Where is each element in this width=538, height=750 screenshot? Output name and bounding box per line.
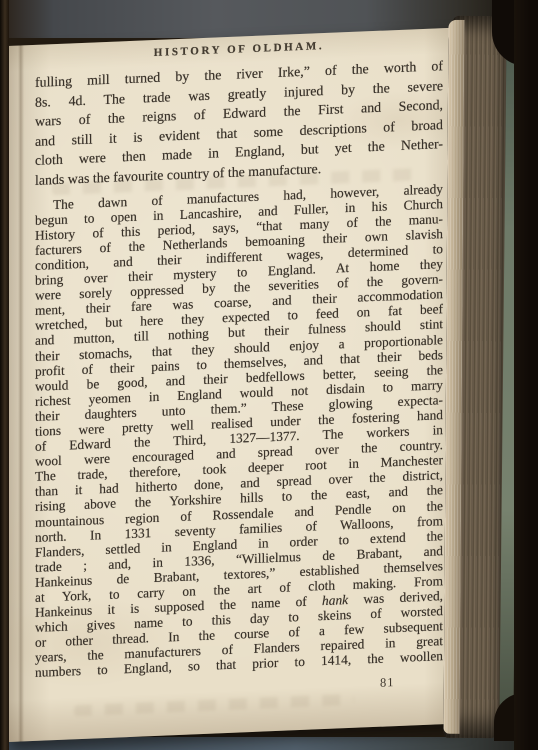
book-cover-right — [514, 0, 538, 750]
paragraph: fulling mill turned by the river Irke,” … — [35, 57, 443, 191]
book-spine-left — [0, 0, 9, 750]
paragraph: The dawn of manufactures had, however, a… — [35, 181, 443, 681]
book-photo: HISTORY OF OLDHAM. fulling mill turned b… — [0, 0, 538, 750]
book-page: HISTORY OF OLDHAM. fulling mill turned b… — [8, 27, 462, 742]
page-number: 81 — [380, 675, 395, 691]
ink-show-through — [74, 694, 354, 716]
page-crease — [18, 45, 24, 741]
page-paragraphs: fulling mill turned by the river Irke,” … — [35, 57, 443, 680]
page-text: HISTORY OF OLDHAM. fulling mill turned b… — [35, 35, 443, 680]
fore-edge-pages — [443, 16, 508, 738]
